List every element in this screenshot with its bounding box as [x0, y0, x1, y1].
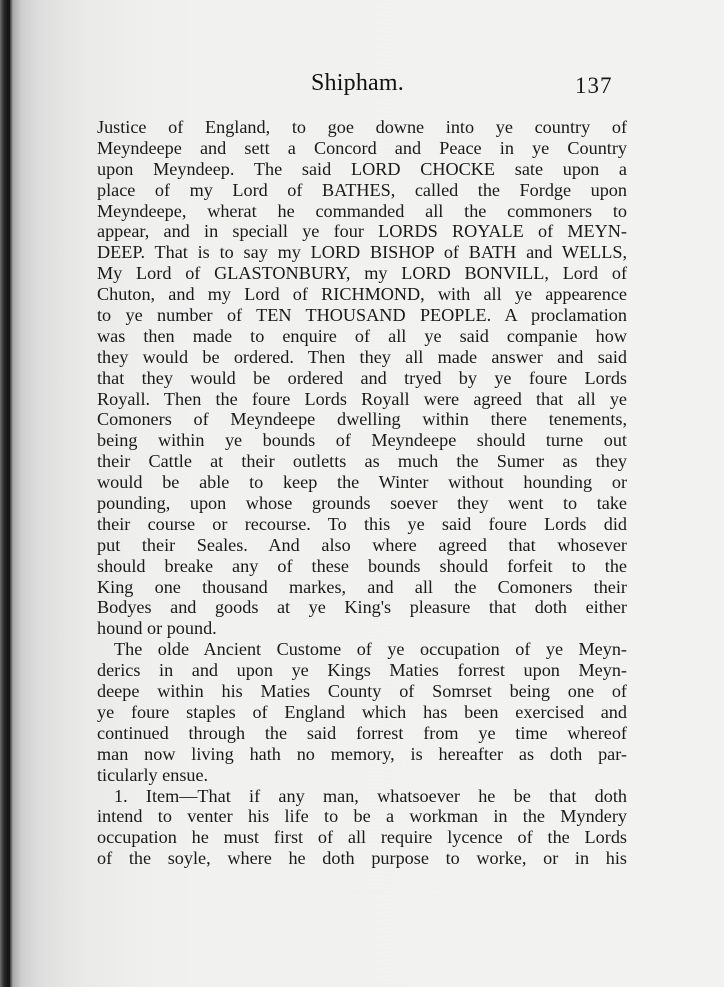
text-line: would be able to keep the Winter without…: [97, 472, 627, 493]
text-line: place of my Lord of BATHES, called the F…: [97, 180, 627, 201]
text-line: intend to venter his life to be a workma…: [97, 806, 627, 827]
book-spine-shadow: [7, 0, 10, 987]
text-line: was then made to enquire of all ye said …: [97, 326, 627, 347]
text-line: DEEP. That is to say my LORD BISHOP of B…: [97, 242, 627, 263]
text-line: put their Seales. And also where agreed …: [97, 535, 627, 556]
text-line: that they would be ordered and tryed by …: [97, 368, 627, 389]
text-line: they would be ordered. Then they all mad…: [97, 347, 627, 368]
text-line: their course or recourse. To this ye sai…: [97, 514, 627, 535]
text-line: pounding, upon whose grounds soever they…: [97, 493, 627, 514]
chapter-title: Shipham.: [311, 70, 404, 97]
text-line: My Lord of GLASTONBURY, my LORD BONVILL,…: [97, 263, 627, 284]
text-line: Justice of England, to goe downe into ye…: [97, 117, 627, 138]
text-line: Royall. Then the foure Lords Royall were…: [97, 389, 627, 410]
text-line: continued through the said forrest from …: [97, 723, 627, 744]
scanned-book-page: Shipham. 137 Justice of England, to goe …: [0, 0, 724, 987]
text-line: King one thousand markes, and all the Co…: [97, 577, 627, 598]
text-line: upon Meyndeep. The said LORD CHOCKE sate…: [97, 159, 627, 180]
text-line: deepe within his Maties County of Somrse…: [97, 681, 627, 702]
text-line: appear, and in speciall ye four LORDS RO…: [97, 221, 627, 242]
text-line: Comoners of Meyndeepe dwelling within th…: [97, 409, 627, 430]
running-header: Shipham. 137: [0, 70, 724, 102]
text-line: Chuton, and my Lord of RICHMOND, with al…: [97, 284, 627, 305]
text-line: of the soyle, where he doth purpose to w…: [97, 848, 627, 869]
text-line: occupation he must first of all require …: [97, 827, 627, 848]
text-line: should breake any of these bounds should…: [97, 556, 627, 577]
text-line: ye foure staples of England which has be…: [97, 702, 627, 723]
body-text: Justice of England, to goe downe into ye…: [97, 117, 627, 869]
page-number: 137: [575, 73, 613, 99]
text-line: to ye number of TEN THOUSAND PEOPLE. A p…: [97, 305, 627, 326]
text-line-paragraph-end: hound or pound.: [97, 618, 627, 639]
text-line: Bodyes and goods at ye King's pleasure t…: [97, 597, 627, 618]
text-line: derics in and upon ye Kings Maties forre…: [97, 660, 627, 681]
text-line-paragraph-start: The olde Ancient Custome of ye occupatio…: [97, 639, 627, 660]
text-line-paragraph-end: ticularly ensue.: [97, 765, 627, 786]
text-line: man now living hath no memory, is hereaf…: [97, 744, 627, 765]
text-line: Meyndeepe and sett a Concord and Peace i…: [97, 138, 627, 159]
text-line-item-start: 1. Item—That if any man, whatsoever he b…: [97, 786, 627, 807]
text-line: their Cattle at their outletts as much t…: [97, 451, 627, 472]
text-line: being within ye bounds of Meyndeepe shou…: [97, 430, 627, 451]
text-line: Meyndeepe, wherat he commanded all the c…: [97, 201, 627, 222]
